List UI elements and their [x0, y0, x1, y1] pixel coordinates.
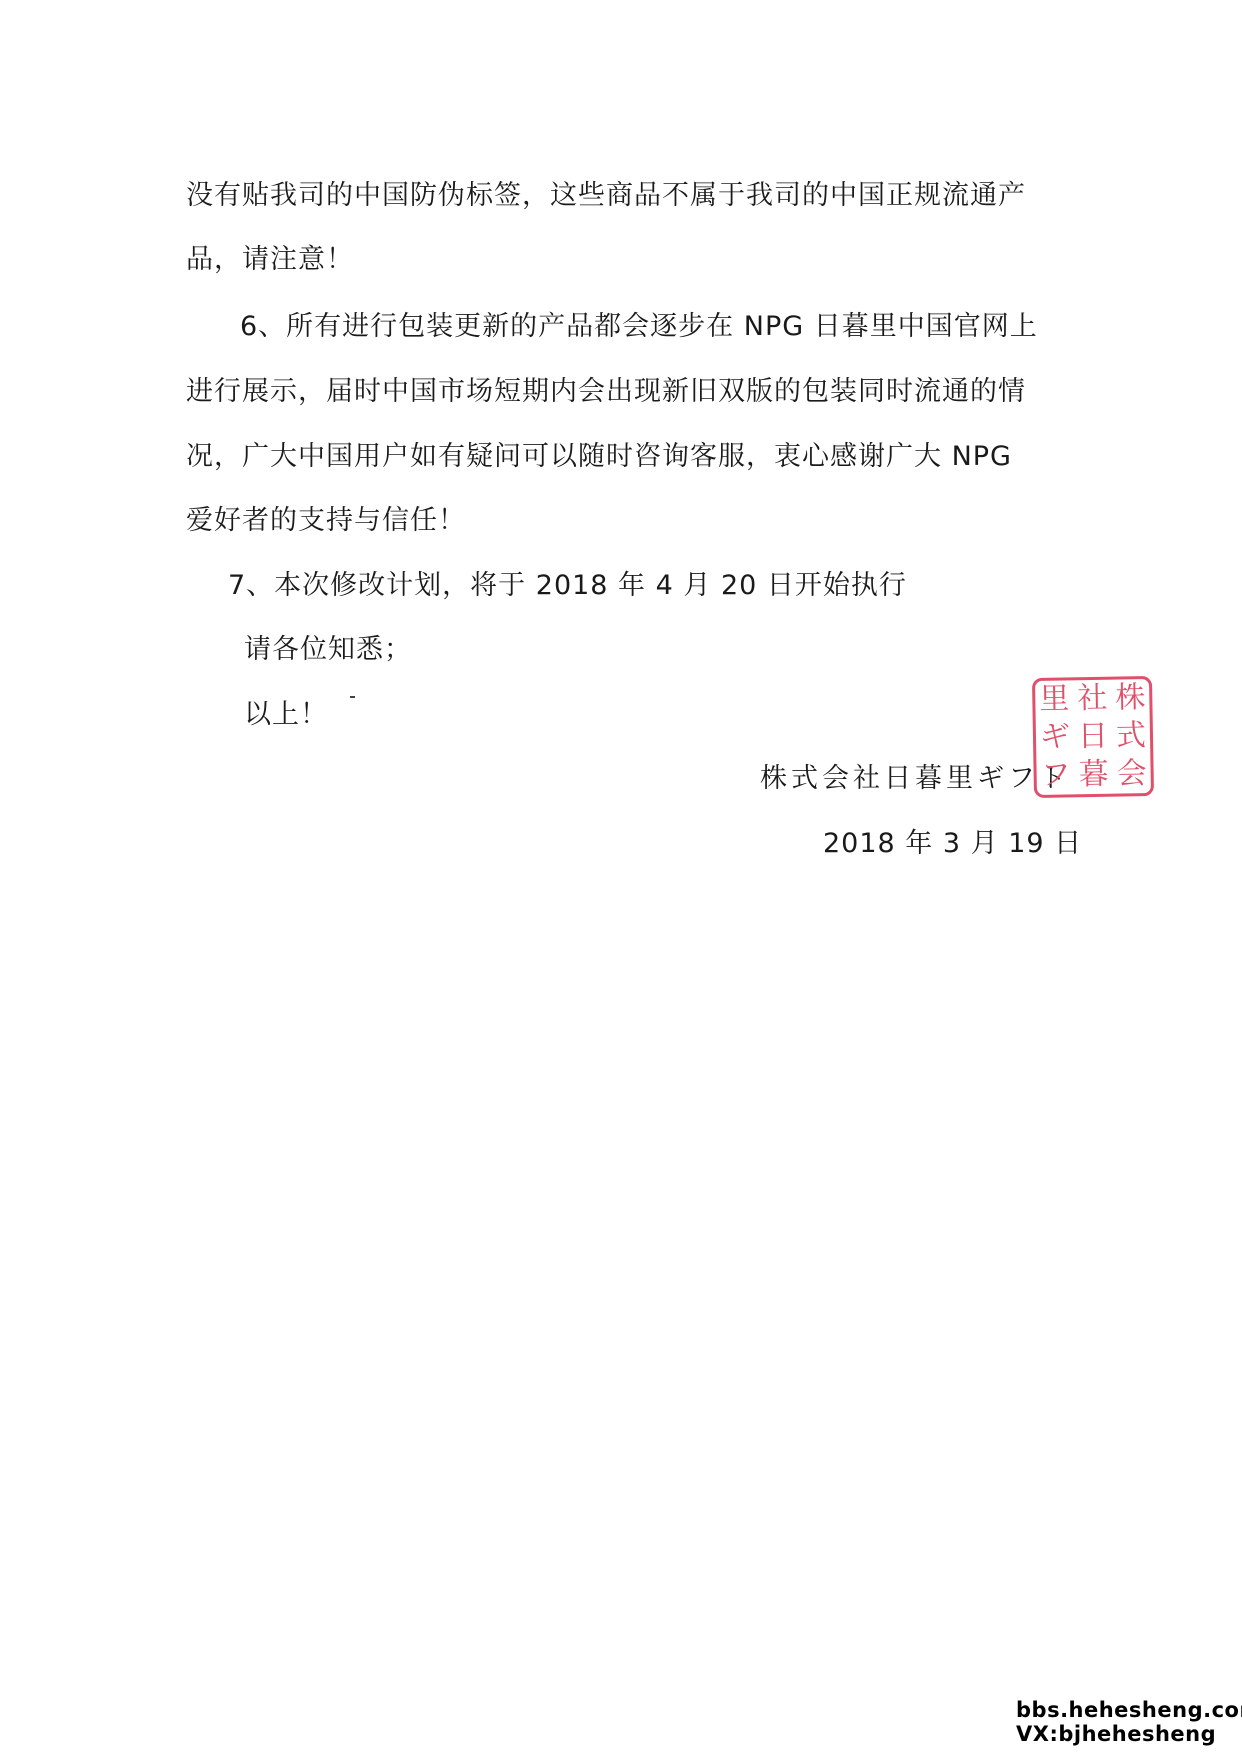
- paragraph-6-line-4: 爱好者的支持与信任！: [186, 504, 466, 538]
- paragraph-5-line-2: 品，请注意！: [186, 243, 354, 277]
- paragraph-5-line-1: 没有贴我司的中国防伪标签，这些商品不属于我司的中国正规流通产: [186, 179, 1026, 213]
- seal-char: ギ: [1036, 718, 1075, 757]
- signature-date: 2018 年 3 月 19 日: [823, 827, 1082, 861]
- paragraph-7-line-1: 7、本次修改计划，将于 2018 年 4 月 20 日开始执行: [228, 569, 907, 603]
- seal-char: 会: [1112, 755, 1151, 794]
- closing-end: 以上！: [244, 698, 328, 732]
- signature-company: 株式会社日暮里ギフト: [760, 762, 1070, 796]
- stray-mark: [350, 696, 355, 698]
- seal-char: 里: [1035, 680, 1074, 719]
- paragraph-6-line-1: 6、所有进行包装更新的产品都会逐步在 NPG 日暮里中国官网上: [240, 310, 1038, 344]
- seal-char: 日: [1074, 718, 1113, 757]
- watermark-url: bbs.hehesheng.com: [1016, 1698, 1242, 1722]
- seal-char: 株: [1111, 679, 1150, 718]
- paragraph-6-line-2: 进行展示，届时中国市场短期内会出现新旧双版的包装同时流通的情: [186, 375, 1026, 409]
- closing-notice: 请各位知悉；: [244, 633, 412, 667]
- watermark-wechat: VX:bjhehesheng: [1016, 1722, 1216, 1746]
- company-seal-stamp: 里 社 株 ギ 日 式 フ 暮 会: [1032, 676, 1154, 798]
- seal-char: 式: [1112, 717, 1151, 756]
- seal-char: 暮: [1074, 756, 1113, 795]
- seal-char: フ: [1036, 756, 1075, 795]
- paragraph-6-line-3: 况，广大中国用户如有疑问可以随时咨询客服，衷心感谢广大 NPG: [186, 440, 1012, 474]
- seal-char: 社: [1073, 680, 1112, 719]
